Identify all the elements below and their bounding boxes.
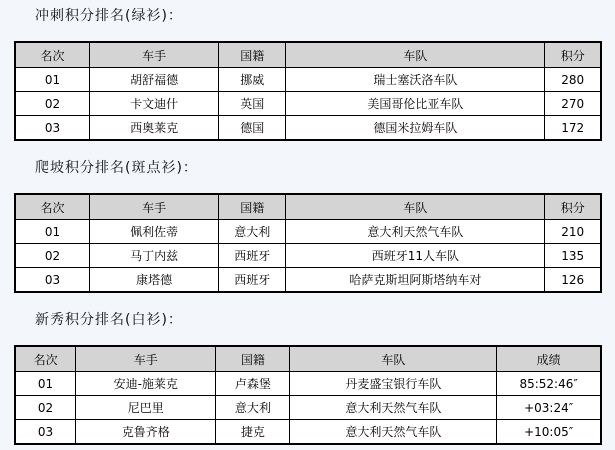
rider-cell: 安迪-施莱克 — [76, 372, 216, 396]
column-header-nationality: 国籍 — [219, 42, 286, 68]
table-row: 02 马丁内兹 西班牙 西班牙11人车队 135 — [15, 244, 601, 268]
rank-cell: 02 — [15, 92, 90, 116]
nationality-cell: 西班牙 — [219, 268, 286, 293]
rider-cell: 尼巴里 — [76, 396, 216, 420]
climbing-ranking-table: 名次 车手 国籍 车队 积分 01 佩利佐蒂 意大利 意大利天然气车队 210 … — [14, 193, 602, 293]
rank-cell: 03 — [15, 268, 90, 293]
rank-cell: 01 — [15, 220, 90, 244]
table-row: 01 安迪-施莱克 卢森堡 丹麦盛宝银行车队 85:52:46″ — [15, 372, 601, 396]
team-cell: 哈萨克斯坦阿斯塔纳车对 — [286, 268, 545, 293]
rider-cell: 康塔德 — [90, 268, 219, 293]
rank-cell: 03 — [15, 116, 90, 141]
result-cell: +03:24″ — [497, 396, 601, 420]
points-cell: 135 — [545, 244, 601, 268]
nationality-cell: 卢森堡 — [216, 372, 290, 396]
column-header-result: 成绩 — [497, 346, 601, 372]
column-header-nationality: 国籍 — [219, 194, 286, 220]
table-header-row: 名次 车手 国籍 车队 积分 — [15, 42, 601, 68]
section-title: 新秀积分排名(白衫)： — [35, 312, 615, 329]
column-header-rider: 车手 — [90, 194, 219, 220]
rider-cell: 卡文迪什 — [90, 92, 219, 116]
team-cell: 德国米拉姆车队 — [286, 116, 545, 141]
rank-cell: 02 — [15, 244, 90, 268]
column-header-nationality: 国籍 — [216, 346, 290, 372]
nationality-cell: 西班牙 — [219, 244, 286, 268]
column-header-points: 积分 — [545, 194, 601, 220]
column-header-team: 车队 — [286, 194, 545, 220]
team-cell: 丹麦盛宝银行车队 — [290, 372, 497, 396]
team-cell: 美国哥伦比亚车队 — [286, 92, 545, 116]
table-header-row: 名次 车手 国籍 车队 成绩 — [15, 346, 601, 372]
climbing-ranking-section: 爬坡积分排名(斑点衫)： 名次 车手 国籍 车队 积分 01 佩利佐蒂 意大利 … — [0, 160, 615, 293]
column-header-rank: 名次 — [15, 194, 90, 220]
points-cell: 172 — [545, 116, 601, 141]
young-rider-ranking-section: 新秀积分排名(白衫)： 名次 车手 国籍 车队 成绩 01 安迪-施莱克 卢森堡… — [0, 312, 615, 445]
rider-cell: 佩利佐蒂 — [90, 220, 219, 244]
column-header-rank: 名次 — [15, 346, 76, 372]
column-header-team: 车队 — [290, 346, 497, 372]
table-row: 03 西奥莱克 德国 德国米拉姆车队 172 — [15, 116, 601, 141]
rider-cell: 西奥莱克 — [90, 116, 219, 141]
team-cell: 瑞士塞沃洛车队 — [286, 68, 545, 92]
section-title: 冲刺积分排名(绿衫)： — [35, 8, 615, 25]
column-header-rank: 名次 — [15, 42, 90, 68]
table-row: 02 卡文迪什 英国 美国哥伦比亚车队 270 — [15, 92, 601, 116]
nationality-cell: 挪威 — [219, 68, 286, 92]
rankings-page: 冲刺积分排名(绿衫)： 名次 车手 国籍 车队 积分 01 胡舒福德 挪威 瑞士… — [0, 0, 615, 445]
young-rider-ranking-table: 名次 车手 国籍 车队 成绩 01 安迪-施莱克 卢森堡 丹麦盛宝银行车队 85… — [14, 345, 602, 445]
sprint-ranking-section: 冲刺积分排名(绿衫)： 名次 车手 国籍 车队 积分 01 胡舒福德 挪威 瑞士… — [0, 8, 615, 141]
team-cell: 意大利天然气车队 — [290, 396, 497, 420]
team-cell: 意大利天然气车队 — [290, 420, 497, 445]
nationality-cell: 德国 — [219, 116, 286, 141]
rank-cell: 03 — [15, 420, 76, 445]
column-header-rider: 车手 — [90, 42, 219, 68]
points-cell: 210 — [545, 220, 601, 244]
nationality-cell: 英国 — [219, 92, 286, 116]
nationality-cell: 意大利 — [216, 396, 290, 420]
table-row: 01 胡舒福德 挪威 瑞士塞沃洛车队 280 — [15, 68, 601, 92]
section-title: 爬坡积分排名(斑点衫)： — [35, 160, 615, 177]
points-cell: 126 — [545, 268, 601, 293]
team-cell: 意大利天然气车队 — [286, 220, 545, 244]
sprint-ranking-table: 名次 车手 国籍 车队 积分 01 胡舒福德 挪威 瑞士塞沃洛车队 280 02 — [14, 41, 602, 141]
rank-cell: 01 — [15, 372, 76, 396]
rider-cell: 胡舒福德 — [90, 68, 219, 92]
team-cell: 西班牙11人车队 — [286, 244, 545, 268]
result-cell: 85:52:46″ — [497, 372, 601, 396]
table-header-row: 名次 车手 国籍 车队 积分 — [15, 194, 601, 220]
rank-cell: 02 — [15, 396, 76, 420]
rider-cell: 克鲁齐格 — [76, 420, 216, 445]
column-header-rider: 车手 — [76, 346, 216, 372]
table-row: 02 尼巴里 意大利 意大利天然气车队 +03:24″ — [15, 396, 601, 420]
table-row: 03 克鲁齐格 捷克 意大利天然气车队 +10:05″ — [15, 420, 601, 445]
nationality-cell: 意大利 — [219, 220, 286, 244]
result-cell: +10:05″ — [497, 420, 601, 445]
rank-cell: 01 — [15, 68, 90, 92]
rider-cell: 马丁内兹 — [90, 244, 219, 268]
column-header-team: 车队 — [286, 42, 545, 68]
table-row: 03 康塔德 西班牙 哈萨克斯坦阿斯塔纳车对 126 — [15, 268, 601, 293]
nationality-cell: 捷克 — [216, 420, 290, 445]
points-cell: 270 — [545, 92, 601, 116]
table-row: 01 佩利佐蒂 意大利 意大利天然气车队 210 — [15, 220, 601, 244]
column-header-points: 积分 — [545, 42, 601, 68]
points-cell: 280 — [545, 68, 601, 92]
